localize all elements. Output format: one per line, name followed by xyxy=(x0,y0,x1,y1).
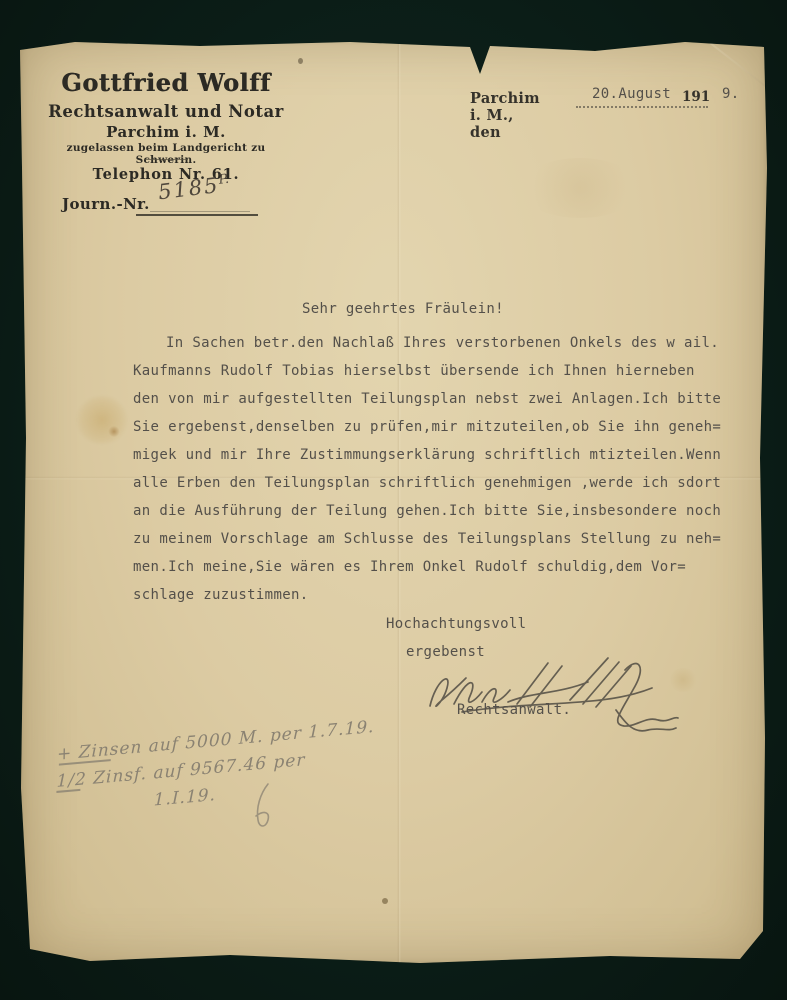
letterhead-city: Parchim i. M. xyxy=(48,123,284,141)
devotion: ergebenst xyxy=(406,644,485,660)
typed-line: migek und mir Ihre Zustimmungserklärung … xyxy=(133,441,721,469)
typed-line: Sie ergebenst,denselben zu prüfen,mir mi… xyxy=(133,413,721,441)
typed-line: alle Erben den Teilungsplan schriftlich … xyxy=(133,469,721,497)
typed-line: an die Ausführung der Teilung gehen.Ich … xyxy=(133,497,721,525)
letter-body: In Sachen betr.den Nachlaß Ihres verstor… xyxy=(133,329,721,609)
date-printed-year: 191 xyxy=(682,89,710,105)
date-place-label: Parchim i. M., den xyxy=(470,90,540,141)
date-typed-year-digit: 9. xyxy=(722,86,740,102)
stain xyxy=(298,58,303,64)
journal-number-suffix: P. xyxy=(218,172,230,188)
letterhead-name: Gottfried Wolff xyxy=(48,68,284,97)
valediction: Hochachtungsvoll xyxy=(386,616,526,632)
stain xyxy=(668,668,698,692)
typed-line: In Sachen betr.den Nachlaß Ihres verstor… xyxy=(133,329,721,357)
typed-line: men.Ich meine,Sie wären es Ihrem Onkel R… xyxy=(133,553,721,581)
stain xyxy=(520,158,640,218)
typed-line: zu meinem Vorschlage am Schlusse des Tei… xyxy=(133,525,721,553)
signer-role: Rechtsanwalt. xyxy=(457,702,571,718)
letterhead-admission: zugelassen beim Landgericht zu Schwerin. xyxy=(48,142,284,166)
signature-scrawl xyxy=(420,650,682,742)
scan-background: { "letterhead": { "name": "Gottfried Wol… xyxy=(0,0,787,1000)
stain xyxy=(108,426,120,437)
salutation: Sehr geehrtes Fräulein! xyxy=(302,301,504,317)
journal-number-line xyxy=(150,211,250,212)
date-typed-value: 20.August xyxy=(592,86,671,102)
pencil-annotation: + Zinsen auf 5000 M. per 1.7.19. 1/2 Zin… xyxy=(56,714,375,823)
stain xyxy=(76,396,128,444)
corner-crease xyxy=(707,40,779,97)
letterhead-title: Rechtsanwalt und Notar xyxy=(48,102,284,121)
journal-number-label: Journ.-Nr. xyxy=(62,195,150,213)
typed-line: den von mir aufgestellten Teilungsplan n… xyxy=(133,385,721,413)
journal-number-line xyxy=(136,214,258,216)
stain xyxy=(382,898,388,904)
typed-line: Kaufmanns Rudolf Tobias hierselbst übers… xyxy=(133,357,721,385)
letter-paper: Gottfried Wolff Rechtsanwalt und Notar P… xyxy=(20,38,767,965)
letterhead-rule xyxy=(144,159,188,160)
typed-line: schlage zuzustimmen. xyxy=(133,581,721,609)
